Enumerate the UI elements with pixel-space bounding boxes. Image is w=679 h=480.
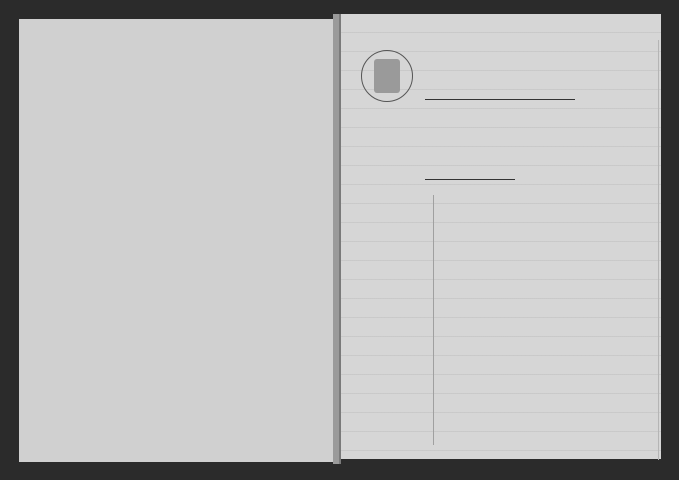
margin-rule (433, 195, 434, 445)
seal-figure-icon (374, 59, 400, 93)
header-line-1 (425, 84, 575, 100)
blank-line (425, 99, 575, 100)
page-margin-line (339, 14, 341, 464)
blank-line (425, 179, 515, 180)
header-line-6 (425, 164, 515, 180)
header-line-8 (425, 196, 473, 212)
republique-seal-icon (361, 50, 413, 102)
left-page-blank (19, 19, 334, 462)
right-margin-rule (658, 40, 659, 460)
